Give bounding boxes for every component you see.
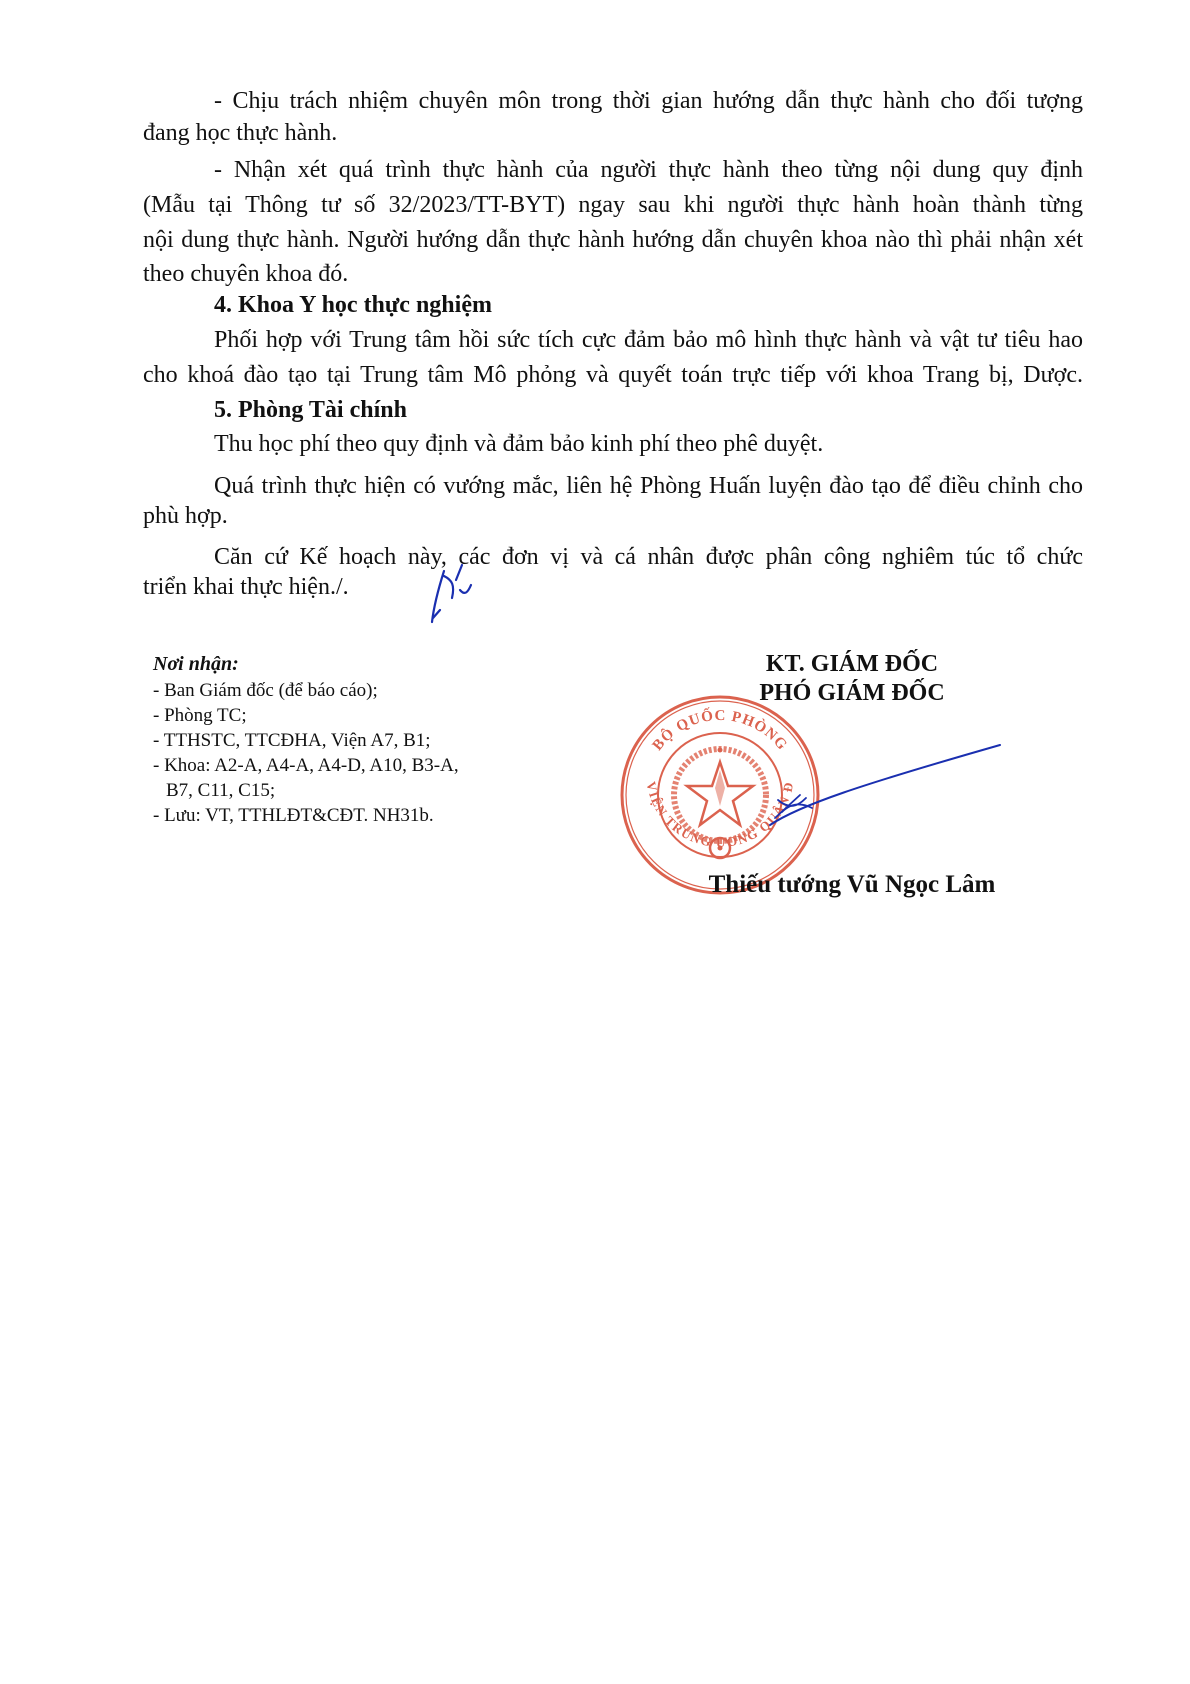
recipient-item: - Ban Giám đốc (để báo cáo); <box>153 678 459 703</box>
paragraph-line: nội dung thực hành. Người hướng dẫn thực… <box>143 225 1083 255</box>
recipient-item: B7, C11, C15; <box>153 778 459 803</box>
paragraph-line: Quá trình thực hiện có vướng mắc, liên h… <box>214 471 1083 501</box>
signature-role-line1: KT. GIÁM ĐỐC <box>700 650 1004 679</box>
paragraph-line: Phối hợp với Trung tâm hồi sức tích cực … <box>214 325 1083 355</box>
recipients-block: Nơi nhận: - Ban Giám đốc (để báo cáo); -… <box>153 650 459 828</box>
paragraph-line: Thu học phí theo quy định và đảm bảo kin… <box>214 429 1083 459</box>
paragraph-line: Căn cứ Kế hoạch này, các đơn vị và cá nh… <box>214 542 1083 572</box>
paragraph-line: đang học thực hành. <box>143 118 1083 148</box>
paragraph-line: phù hợp. <box>143 501 1083 531</box>
paragraph-line: (Mẫu tại Thông tư số 32/2023/TT-BYT) nga… <box>143 190 1083 220</box>
section-heading-5: 5. Phòng Tài chính <box>214 395 1083 425</box>
official-stamp-icon: BỘ QUỐC PHÒNG BỆNH VIỆN TRUNG ƯƠNG QUÂN … <box>615 690 825 900</box>
recipient-item: - TTHSTC, TTCĐHA, Viện A7, B1; <box>153 728 459 753</box>
recipient-item: - Khoa: A2-A, A4-A, A4-D, A10, B3-A, <box>153 753 459 778</box>
signer-name: Thiếu tướng Vũ Ngọc Lâm <box>700 870 1004 900</box>
paragraph-line: cho khoá đào tạo tại Trung tâm Mô phỏng … <box>143 360 1083 390</box>
recipient-item: - Lưu: VT, TTHLĐT&CĐT. NH31b. <box>153 803 459 828</box>
section-heading-4: 4. Khoa Y học thực nghiệm <box>214 290 1083 320</box>
recipients-title: Nơi nhận: <box>153 650 459 678</box>
recipient-item: - Phòng TC; <box>153 703 459 728</box>
paragraph-line: - Nhận xét quá trình thực hành của người… <box>214 155 1083 185</box>
paragraph-line: triển khai thực hiện./. <box>143 572 1083 602</box>
document-page: - Chịu trách nhiệm chuyên môn trong thời… <box>0 0 1190 1684</box>
paragraph-line: theo chuyên khoa đó. <box>143 259 1083 289</box>
paragraph-line: - Chịu trách nhiệm chuyên môn trong thời… <box>214 86 1083 116</box>
